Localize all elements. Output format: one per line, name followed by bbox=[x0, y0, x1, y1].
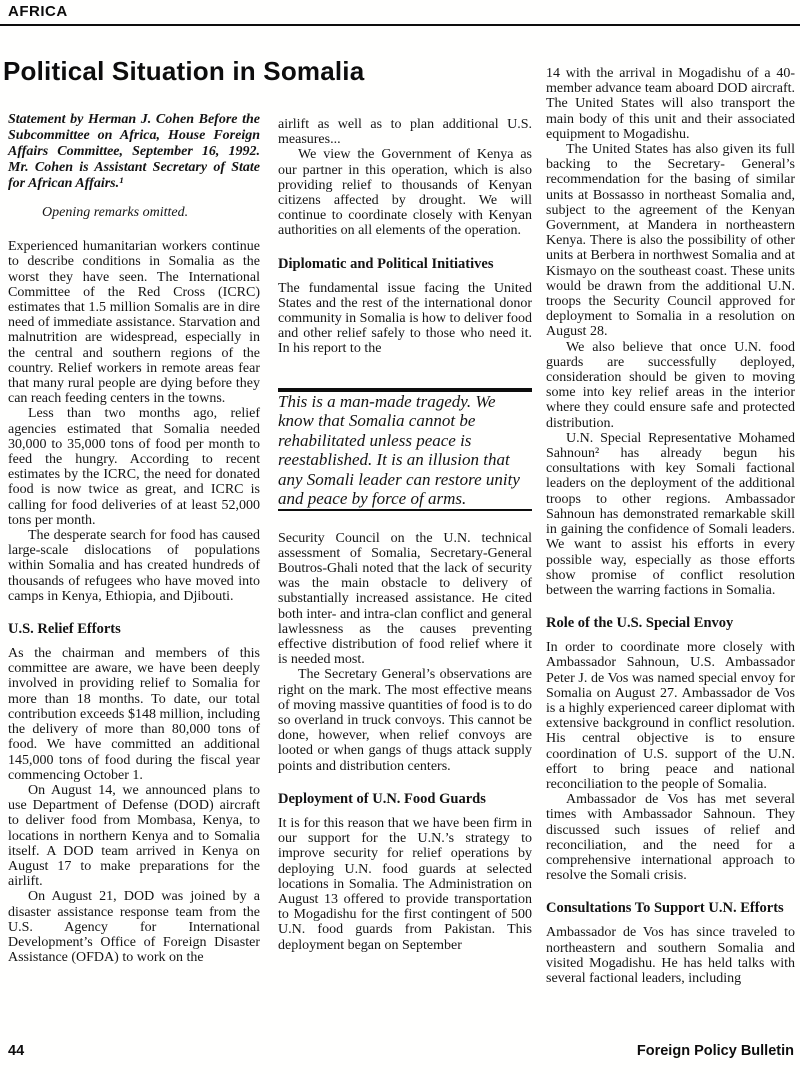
header-rule bbox=[0, 24, 800, 26]
page-footer: 44 Foreign Policy Bulletin bbox=[8, 1043, 794, 1059]
body-paragraph: The fundamental issue facing the United … bbox=[278, 281, 532, 357]
page-number: 44 bbox=[8, 1043, 24, 1059]
article-title: Political Situation in Somalia bbox=[3, 56, 364, 87]
section-label: AFRICA bbox=[8, 3, 68, 20]
body-paragraph: As the chairman and members of this comm… bbox=[8, 646, 260, 783]
body-paragraph: Less than two months ago, relief agencie… bbox=[8, 406, 260, 528]
section-heading: Diplomatic and Political Initiatives bbox=[278, 256, 532, 272]
section-heading: Consultations To Support U.N. Efforts bbox=[546, 900, 795, 916]
body-paragraph: The desperate search for food has caused… bbox=[8, 528, 260, 604]
body-paragraph: The United States has also given its ful… bbox=[546, 142, 795, 340]
body-paragraph: 14 with the arrival in Mogadishu of a 40… bbox=[546, 66, 795, 142]
body-paragraph: Experienced humanitarian workers continu… bbox=[8, 239, 260, 406]
body-paragraph: It is for this reason that we have been … bbox=[278, 816, 532, 953]
body-paragraph: Ambassador de Vos has met several times … bbox=[546, 792, 795, 883]
body-paragraph: Security Council on the U.N. technical a… bbox=[278, 531, 532, 668]
section-heading: Deployment of U.N. Food Guards bbox=[278, 791, 532, 807]
body-paragraph: On August 14, we announced plans to use … bbox=[8, 783, 260, 889]
text-column-1: Statement by Herman J. Cohen Before the … bbox=[8, 112, 260, 965]
body-paragraph: We view the Government of Kenya as our p… bbox=[278, 147, 532, 238]
editorial-note: Opening remarks omitted. bbox=[8, 205, 260, 220]
body-paragraph: U.N. Special Representative Mohamed Sahn… bbox=[546, 431, 795, 598]
pull-quote: This is a man-made tragedy. We know that… bbox=[278, 388, 532, 511]
magazine-page: AFRICA Political Situation in Somalia St… bbox=[0, 0, 800, 1074]
body-paragraph: On August 21, DOD was joined by a disast… bbox=[8, 889, 260, 965]
text-column-3: 14 with the arrival in Mogadishu of a 40… bbox=[546, 66, 795, 986]
section-heading: U.S. Relief Efforts bbox=[8, 621, 260, 637]
body-paragraph: Ambassador de Vos has since traveled to … bbox=[546, 925, 795, 986]
section-heading: Role of the U.S. Special Envoy bbox=[546, 615, 795, 631]
body-paragraph: airlift as well as to plan additional U.… bbox=[278, 117, 532, 147]
body-paragraph: We also believe that once U.N. food guar… bbox=[546, 340, 795, 431]
publication-name: Foreign Policy Bulletin bbox=[637, 1043, 794, 1059]
text-column-2: airlift as well as to plan additional U.… bbox=[278, 117, 532, 953]
byline: Statement by Herman J. Cohen Before the … bbox=[8, 112, 260, 192]
body-paragraph: The Secretary General’s observations are… bbox=[278, 667, 532, 773]
body-paragraph: In order to coordinate more closely with… bbox=[546, 640, 795, 792]
